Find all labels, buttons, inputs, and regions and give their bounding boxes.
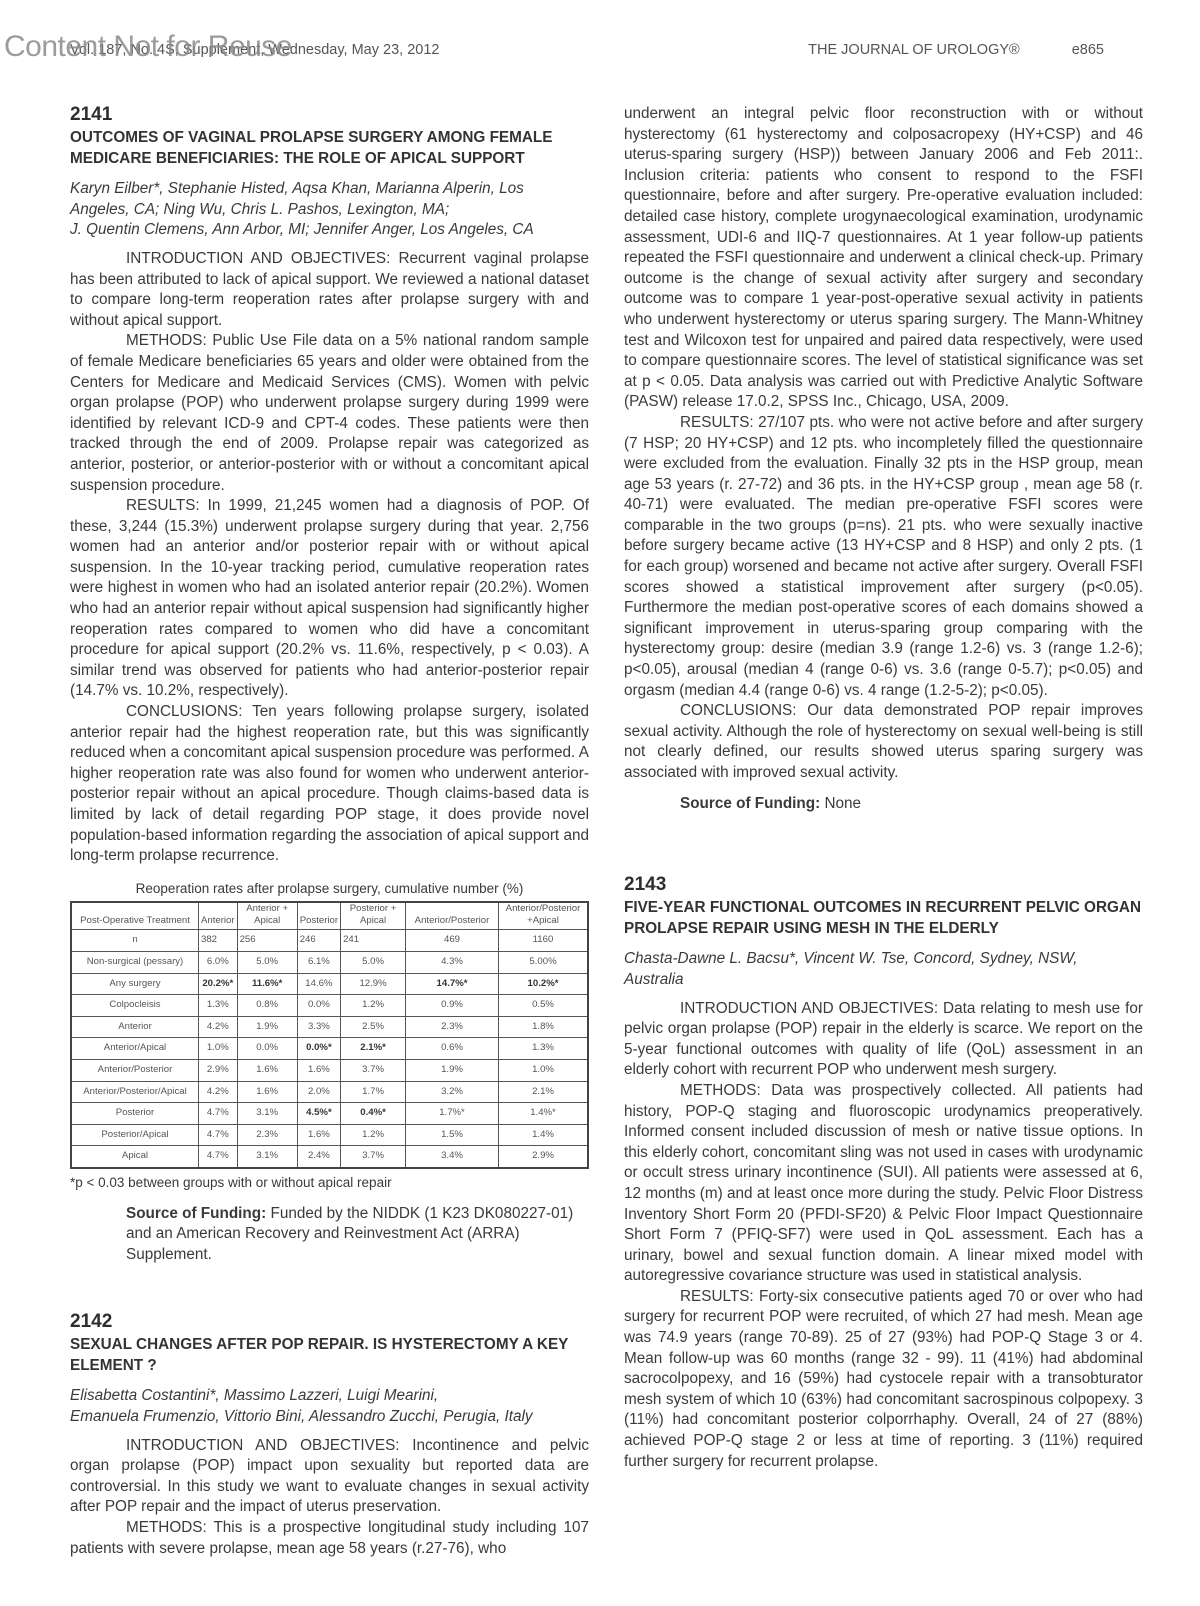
cell: 0.0% xyxy=(237,1038,297,1060)
table-row: Anterior4.2%1.9%3.3%2.5%2.3%1.8% xyxy=(71,1016,588,1038)
abstract-title: OUTCOMES OF VAGINAL PROLAPSE SURGERY AMO… xyxy=(70,128,589,169)
funding-statement: Source of Funding: Funded by the NIDDK (… xyxy=(70,1204,589,1266)
author-line: Emanuela Frumenzio, Vittorio Bini, Aless… xyxy=(70,1407,589,1428)
cell: 1.5% xyxy=(406,1124,499,1146)
cell: 10.2%* xyxy=(499,973,589,995)
column-header: Anterior xyxy=(199,902,238,930)
row-label: Anterior/Posterior/Apical xyxy=(71,1081,199,1103)
methods-paragraph-continued: underwent an integral pelvic floor recon… xyxy=(624,104,1143,413)
cell: 0.6% xyxy=(406,1038,499,1060)
author-line: Karyn Eilber*, Stephanie Histed, Aqsa Kh… xyxy=(70,179,589,200)
table-row: Posterior/Apical4.7%2.3%1.6%1.2%1.5%1.4% xyxy=(71,1124,588,1146)
column-header: Anterior + Apical xyxy=(237,902,297,930)
abstract-2143: 2143 FIVE-YEAR FUNCTIONAL OUTCOMES IN RE… xyxy=(624,874,1143,1472)
cell: 2.1% xyxy=(499,1081,589,1103)
table-row: Anterior/Posterior2.9%1.6%1.6%3.7%1.9%1.… xyxy=(71,1059,588,1081)
column-header: Anterior/Posterior xyxy=(406,902,499,930)
abstract-title: FIVE-YEAR FUNCTIONAL OUTCOMES IN RECURRE… xyxy=(624,898,1143,939)
cell: 382 xyxy=(199,930,238,952)
author-line: J. Quentin Clemens, Ann Arbor, MI; Jenni… xyxy=(70,220,589,241)
author-line: Angeles, CA; Ning Wu, Chris L. Pashos, L… xyxy=(70,200,589,221)
cell: 1.7%* xyxy=(406,1103,499,1125)
right-column: underwent an integral pelvic floor recon… xyxy=(624,104,1143,1472)
cell: 14.7%* xyxy=(406,973,499,995)
cell: 1.9% xyxy=(406,1059,499,1081)
cell: 0.9% xyxy=(406,995,499,1017)
cell: 4.3% xyxy=(406,951,499,973)
page-number: e865 xyxy=(1072,42,1104,58)
table-footnote: *p < 0.03 between groups with or without… xyxy=(70,1173,589,1194)
cell: 5.0% xyxy=(341,951,406,973)
conclusions-paragraph: CONCLUSIONS: Ten years following prolaps… xyxy=(70,702,589,867)
cell: 1160 xyxy=(499,930,589,952)
cell: 4.7% xyxy=(199,1103,238,1125)
introduction-paragraph: INTRODUCTION AND OBJECTIVES: Recurrent v… xyxy=(70,249,589,331)
cell: 2.1%* xyxy=(341,1038,406,1060)
row-label: n xyxy=(71,930,199,952)
table-caption: Reoperation rates after prolapse surgery… xyxy=(70,879,589,900)
table-row: Colpocleisis1.3%0.8%0.0%1.2%0.9%0.5% xyxy=(71,995,588,1017)
column-header: Post-Operative Treatment xyxy=(71,902,199,930)
table-row: Non-surgical (pessary)6.0%5.0%6.1%5.0%4.… xyxy=(71,951,588,973)
table-header-row: Post-Operative Treatment Anterior Anteri… xyxy=(71,902,588,930)
cell: 2.3% xyxy=(237,1124,297,1146)
table-row: Apical4.7%3.1%2.4%3.7%3.4%2.9% xyxy=(71,1146,588,1168)
results-paragraph: RESULTS: In 1999, 21,245 women had a dia… xyxy=(70,496,589,702)
row-label: Non-surgical (pessary) xyxy=(71,951,199,973)
row-label: Anterior/Posterior xyxy=(71,1059,199,1081)
cell: 4.7% xyxy=(199,1146,238,1168)
cell: 1.4% xyxy=(499,1124,589,1146)
cell: 20.2%* xyxy=(199,973,238,995)
cell: 14.6% xyxy=(297,973,340,995)
cell: 4.5%* xyxy=(297,1103,340,1125)
left-column: 2141 OUTCOMES OF VAGINAL PROLAPSE SURGER… xyxy=(70,104,589,1559)
column-header: Posterior + Apical xyxy=(341,902,406,930)
table-row: Anterior/Apical1.0%0.0%0.0%*2.1%*0.6%1.3… xyxy=(71,1038,588,1060)
abstract-number: 2143 xyxy=(624,874,1143,896)
table-row: Any surgery20.2%*11.6%*14.6%12.9%14.7%*1… xyxy=(71,973,588,995)
abstract-title: SEXUAL CHANGES AFTER POP REPAIR. IS HYST… xyxy=(70,1335,589,1376)
journal-name: THE JOURNAL OF UROLOGY® xyxy=(808,42,1020,58)
abstract-number: 2142 xyxy=(70,1311,589,1333)
cell: 6.0% xyxy=(199,951,238,973)
abstract-authors: Chasta-Dawne L. Bacsu*, Vincent W. Tse, … xyxy=(624,949,1143,990)
cell: 3.1% xyxy=(237,1103,297,1125)
row-label: Anterior/Apical xyxy=(71,1038,199,1060)
row-label: Anterior xyxy=(71,1016,199,1038)
cell: 3.3% xyxy=(297,1016,340,1038)
cell: 2.4% xyxy=(297,1146,340,1168)
introduction-paragraph: INTRODUCTION AND OBJECTIVES: Incontinenc… xyxy=(70,1436,589,1518)
cell: 0.4%* xyxy=(341,1103,406,1125)
cell: 1.6% xyxy=(237,1081,297,1103)
cell: 241 xyxy=(341,930,406,952)
cell: 1.6% xyxy=(297,1059,340,1081)
funding-label: Source of Funding: xyxy=(680,795,820,812)
cell: 1.2% xyxy=(341,995,406,1017)
author-line: Chasta-Dawne L. Bacsu*, Vincent W. Tse, … xyxy=(624,949,1143,970)
table-row: Anterior/Posterior/Apical4.2%1.6%2.0%1.7… xyxy=(71,1081,588,1103)
cell: 1.6% xyxy=(237,1059,297,1081)
cell: 2.9% xyxy=(499,1146,589,1168)
results-paragraph: RESULTS: Forty-six consecutive patients … xyxy=(624,1287,1143,1472)
cell: 1.9% xyxy=(237,1016,297,1038)
cell: 0.0% xyxy=(297,995,340,1017)
author-line: Elisabetta Costantini*, Massimo Lazzeri,… xyxy=(70,1386,589,1407)
column-header: Anterior/Posterior +Apical xyxy=(499,902,589,930)
abstract-authors: Elisabetta Costantini*, Massimo Lazzeri,… xyxy=(70,1386,589,1427)
cell: 4.7% xyxy=(199,1124,238,1146)
cell: 5.0% xyxy=(237,951,297,973)
cell: 2.5% xyxy=(341,1016,406,1038)
row-label: Colpocleisis xyxy=(71,995,199,1017)
cell: 3.1% xyxy=(237,1146,297,1168)
cell: 256 xyxy=(237,930,297,952)
cell: 1.8% xyxy=(499,1016,589,1038)
methods-paragraph: METHODS: This is a prospective longitudi… xyxy=(70,1518,589,1559)
cell: 3.2% xyxy=(406,1081,499,1103)
methods-paragraph: METHODS: Data was prospectively collecte… xyxy=(624,1081,1143,1287)
cell: 4.2% xyxy=(199,1081,238,1103)
cell: 0.0%* xyxy=(297,1038,340,1060)
cell: 4.2% xyxy=(199,1016,238,1038)
reoperation-rates-table: Post-Operative Treatment Anterior Anteri… xyxy=(70,901,589,1169)
cell: 2.9% xyxy=(199,1059,238,1081)
cell: 0.5% xyxy=(499,995,589,1017)
cell: 1.7% xyxy=(341,1081,406,1103)
funding-text: None xyxy=(824,795,861,812)
abstract-2142-continued: underwent an integral pelvic floor recon… xyxy=(624,104,1143,814)
funding-label: Source of Funding: xyxy=(126,1205,266,1222)
table-row-n: n 382 256 246 241 469 1160 xyxy=(71,930,588,952)
cell: 1.0% xyxy=(199,1038,238,1060)
funding-statement: Source of Funding: None xyxy=(624,794,1143,815)
cell: 11.6%* xyxy=(237,973,297,995)
cell: 3.7% xyxy=(341,1059,406,1081)
results-paragraph: RESULTS: 27/107 pts. who were not active… xyxy=(624,413,1143,701)
watermark: Content Not for Reuse xyxy=(4,30,292,64)
cell: 1.4%* xyxy=(499,1103,589,1125)
cell: 246 xyxy=(297,930,340,952)
cell: 469 xyxy=(406,930,499,952)
cell: 0.8% xyxy=(237,995,297,1017)
author-line: Australia xyxy=(624,970,1143,991)
abstract-number: 2141 xyxy=(70,104,589,126)
abstract-2142: 2142 SEXUAL CHANGES AFTER POP REPAIR. IS… xyxy=(70,1311,589,1559)
cell: 1.0% xyxy=(499,1059,589,1081)
cell: 3.4% xyxy=(406,1146,499,1168)
cell: 1.2% xyxy=(341,1124,406,1146)
running-header-journal: THE JOURNAL OF UROLOGY® e865 xyxy=(808,42,1104,58)
table-row: Posterior4.7%3.1%4.5%*0.4%*1.7%*1.4%* xyxy=(71,1103,588,1125)
cell: 5.00% xyxy=(499,951,589,973)
methods-paragraph: METHODS: Public Use File data on a 5% na… xyxy=(70,331,589,496)
cell: 3.7% xyxy=(341,1146,406,1168)
cell: 2.3% xyxy=(406,1016,499,1038)
cell: 2.0% xyxy=(297,1081,340,1103)
cell: 12.9% xyxy=(341,973,406,995)
row-label: Any surgery xyxy=(71,973,199,995)
cell: 6.1% xyxy=(297,951,340,973)
cell: 1.3% xyxy=(499,1038,589,1060)
row-label: Apical xyxy=(71,1146,199,1168)
abstract-authors: Karyn Eilber*, Stephanie Histed, Aqsa Kh… xyxy=(70,179,589,241)
column-header: Posterior xyxy=(297,902,340,930)
row-label: Posterior xyxy=(71,1103,199,1125)
row-label: Posterior/Apical xyxy=(71,1124,199,1146)
conclusions-paragraph: CONCLUSIONS: Our data demonstrated POP r… xyxy=(624,701,1143,783)
cell: 1.3% xyxy=(199,995,238,1017)
introduction-paragraph: INTRODUCTION AND OBJECTIVES: Data relati… xyxy=(624,999,1143,1081)
cell: 1.6% xyxy=(297,1124,340,1146)
abstract-2141: 2141 OUTCOMES OF VAGINAL PROLAPSE SURGER… xyxy=(70,104,589,1265)
